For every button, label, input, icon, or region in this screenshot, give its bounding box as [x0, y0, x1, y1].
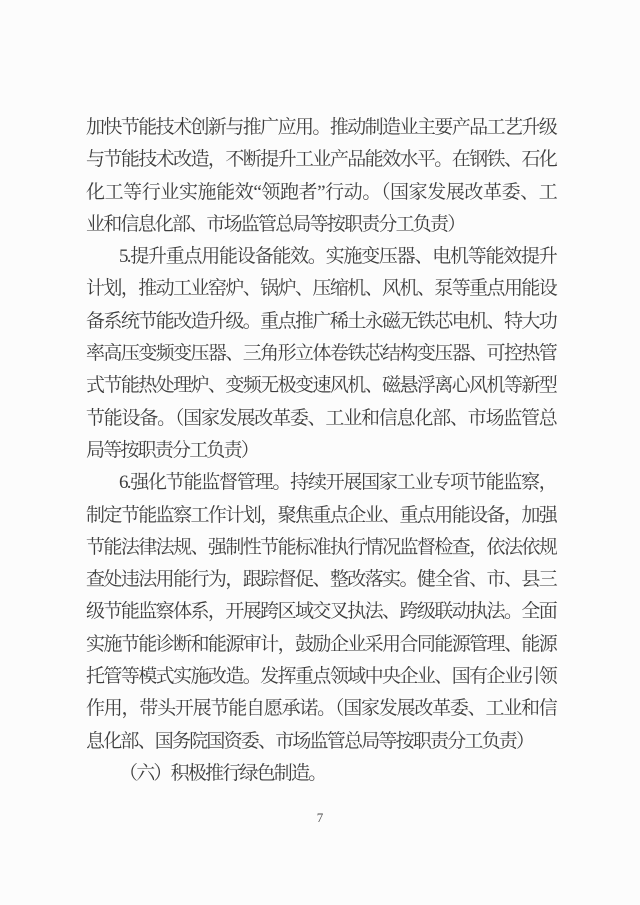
text-line: 计划，推动工业窑炉、锅炉、压缩机、风机、泵等重点用能设 [86, 273, 556, 305]
text-line: 制定节能监察工作计划，聚焦重点企业、重点用能设备，加强 [86, 500, 556, 532]
text-line: 率高压变频变压器、三角形立体卷铁芯结构变压器、可控热管 [86, 338, 556, 370]
text-line: 加快节能技术创新与推广应用。推动制造业主要产品工艺升级 [86, 112, 556, 144]
text-line: 级节能监察体系，开展跨区域交叉执法、跨级联动执法。全面 [86, 596, 556, 628]
text-line: 6.强化节能监督管理。持续开展国家工业专项节能监察， [86, 467, 556, 499]
text-line: 与节能技术改造，不断提升工业产品能效水平。在钢铁、石化 [86, 144, 556, 176]
document-body: 加快节能技术创新与推广应用。推动制造业主要产品工艺升级与节能技术改造，不断提升工… [86, 112, 556, 790]
text-line: 式节能热处理炉、变频无极变速风机、磁悬浮离心风机等新型 [86, 370, 556, 402]
page-number: 7 [0, 810, 640, 826]
text-line: （六）积极推行绿色制造。 [86, 758, 556, 790]
text-line: 节能设备。（国家发展改革委、工业和信息化部、市场监管总 [86, 403, 556, 435]
text-line: 业和信息化部、市场监管总局等按职责分工负责） [86, 209, 556, 241]
text-line: 息化部、国务院国资委、市场监管总局等按职责分工负责） [86, 726, 556, 758]
text-line: 局等按职责分工负责） [86, 435, 556, 467]
text-line: 作用，带头开展节能自愿承诺。（国家发展改革委、工业和信 [86, 693, 556, 725]
text-line: 节能法律法规、强制性节能标准执行情况监督检查，依法依规 [86, 532, 556, 564]
text-line: 查处违法用能行为，跟踪督促、整改落实。健全省、市、县三 [86, 564, 556, 596]
text-line: 化工等行业实施能效“领跑者”行动。（国家发展改革委、工 [86, 177, 556, 209]
text-line: 5.提升重点用能设备能效。实施变压器、电机等能效提升 [86, 241, 556, 273]
text-line: 备系统节能改造升级。重点推广稀土永磁无铁芯电机、特大功 [86, 306, 556, 338]
document-page: 加快节能技术创新与推广应用。推动制造业主要产品工艺升级与节能技术改造，不断提升工… [0, 0, 640, 905]
text-line: 实施节能诊断和能源审计，鼓励企业采用合同能源管理、能源 [86, 629, 556, 661]
text-line: 托管等模式实施改造。发挥重点领域中央企业、国有企业引领 [86, 661, 556, 693]
